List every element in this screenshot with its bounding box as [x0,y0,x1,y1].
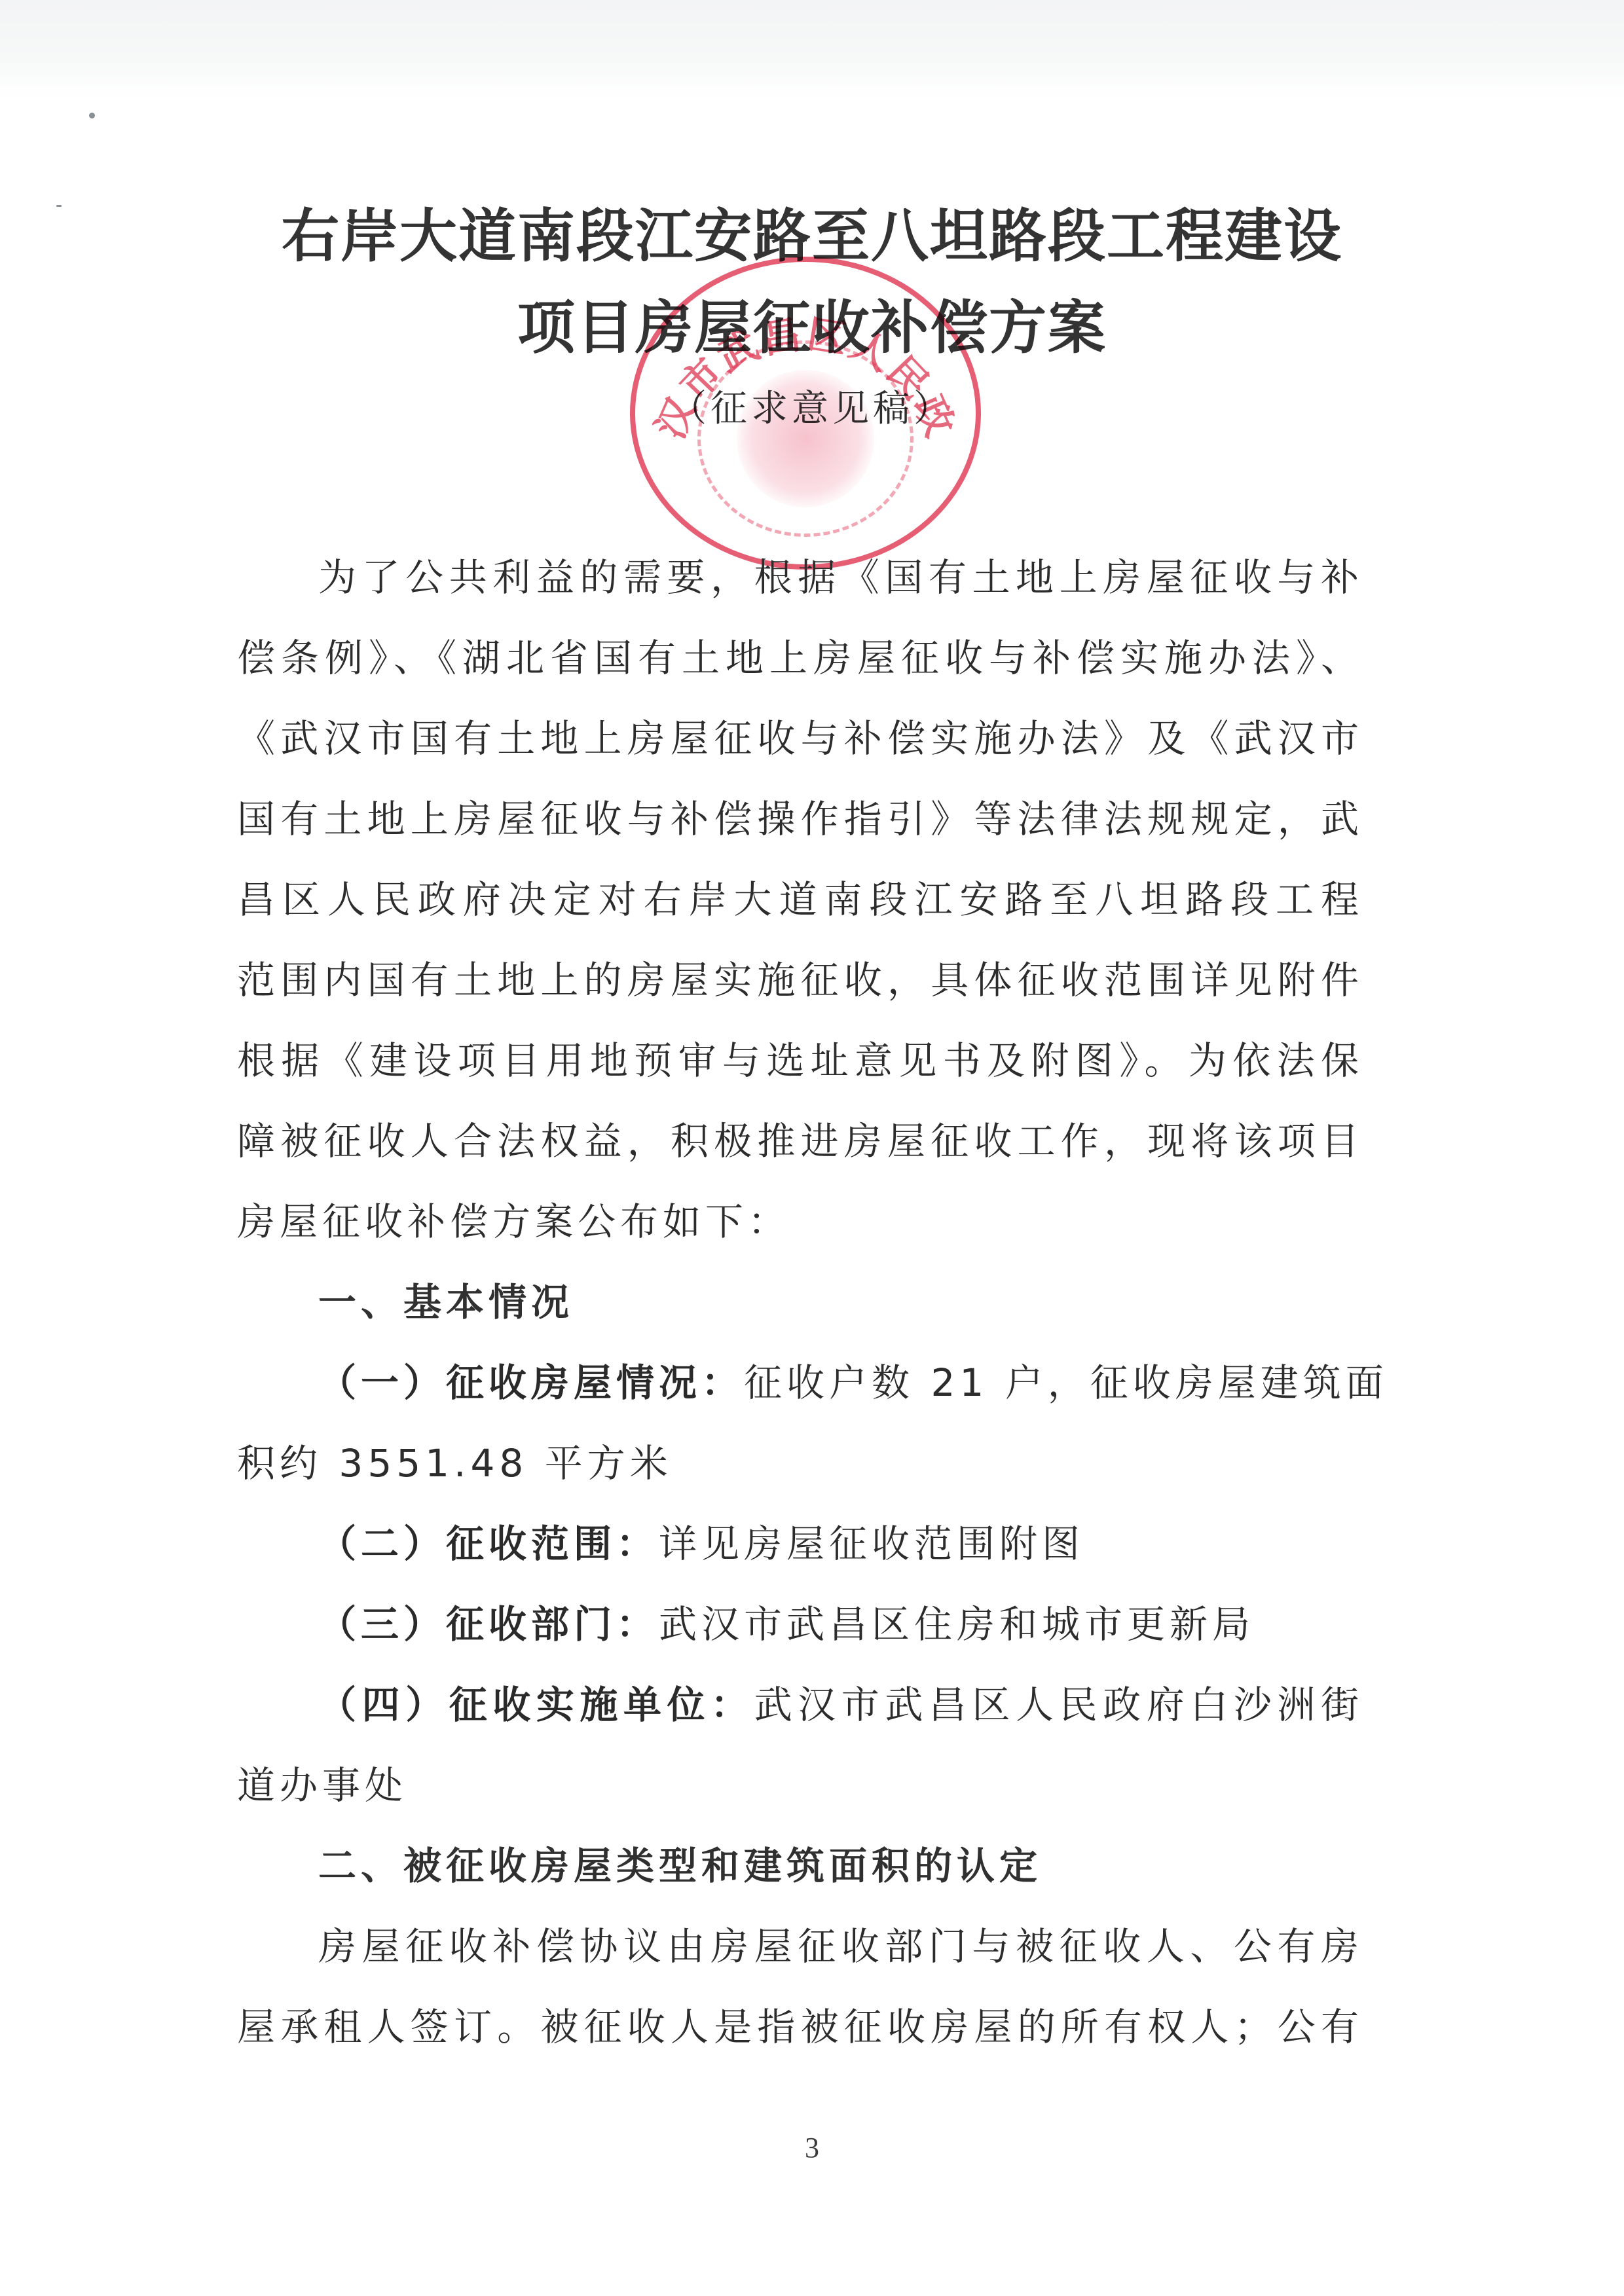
item-text: 详见房屋征收范围附图 [659,1522,1084,1566]
item-department: （三）征收部门：武汉市武昌区住房和城市更新局 [318,1598,1255,1650]
page-number: 3 [0,2131,1624,2164]
section-heading-house-type: 二、被征收房屋类型和建筑面积的认定 [318,1840,1042,1892]
item-text: 武汉市武昌区人民政府白沙洲街 [754,1683,1363,1727]
item-text-continued: 道办事处 [237,1759,407,1812]
item-text-continued: 积约 3551.48 平方米 [237,1437,673,1489]
paragraph-line: 障被征收人合法权益，积极推进房屋征收工作，现将该项目 [237,1115,1363,1167]
item-scope: （二）征收范围：详见房屋征收范围附图 [318,1518,1084,1570]
item-label: （四）征收实施单位： [318,1683,754,1727]
section-heading-basic-info: 一、基本情况 [318,1276,574,1328]
document-body: 为了公共利益的需要，根据《国有土地上房屋征收与补 偿条例》、《湖北省国有土地上房… [237,0,1363,2296]
paragraph-line: 根据《建设项目用地预审与选址意见书及附图》。为依法保 [237,1034,1363,1087]
item-label: （三）征收部门： [318,1602,659,1647]
paragraph-line: 昌区人民政府决定对右岸大道南段江安路至八坦路段工程 [237,873,1363,926]
item-text: 武汉市武昌区住房和城市更新局 [659,1602,1255,1647]
paragraph-line: 偿条例》、《湖北省国有土地上房屋征收与补偿实施办法》、 [237,632,1363,684]
item-housing-situation: （一）征收房屋情况：征收户数 21 户，征收房屋建筑面 [318,1357,1363,1409]
item-label: （二）征收范围： [318,1522,659,1566]
scan-speck [89,113,95,118]
item-text: 征收户数 21 户，征收房屋建筑面 [744,1360,1388,1405]
paragraph-line: 国有土地上房屋征收与补偿操作指引》等法律法规规定，武 [237,793,1363,845]
paragraph-line: 为了公共利益的需要，根据《国有土地上房屋征收与补 [318,551,1363,604]
item-implementing-unit: （四）征收实施单位：武汉市武昌区人民政府白沙洲街 [318,1679,1363,1731]
paragraph-line: 房屋征收补偿协议由房屋征收部门与被征收人、公有房 [318,1920,1363,1973]
paragraph-line: 房屋征收补偿方案公布如下： [237,1195,790,1248]
paragraph-line: 范围内国有土地上的房屋实施征收，具体征收范围详见附件 [237,954,1363,1006]
paragraph-line: 《武汉市国有土地上房屋征收与补偿实施办法》及《武汉市 [237,712,1363,765]
item-label: （一）征收房屋情况： [318,1360,744,1405]
paragraph-line: 屋承租人签订。被征收人是指被征收房屋的所有权人；公有 [237,2001,1363,2053]
